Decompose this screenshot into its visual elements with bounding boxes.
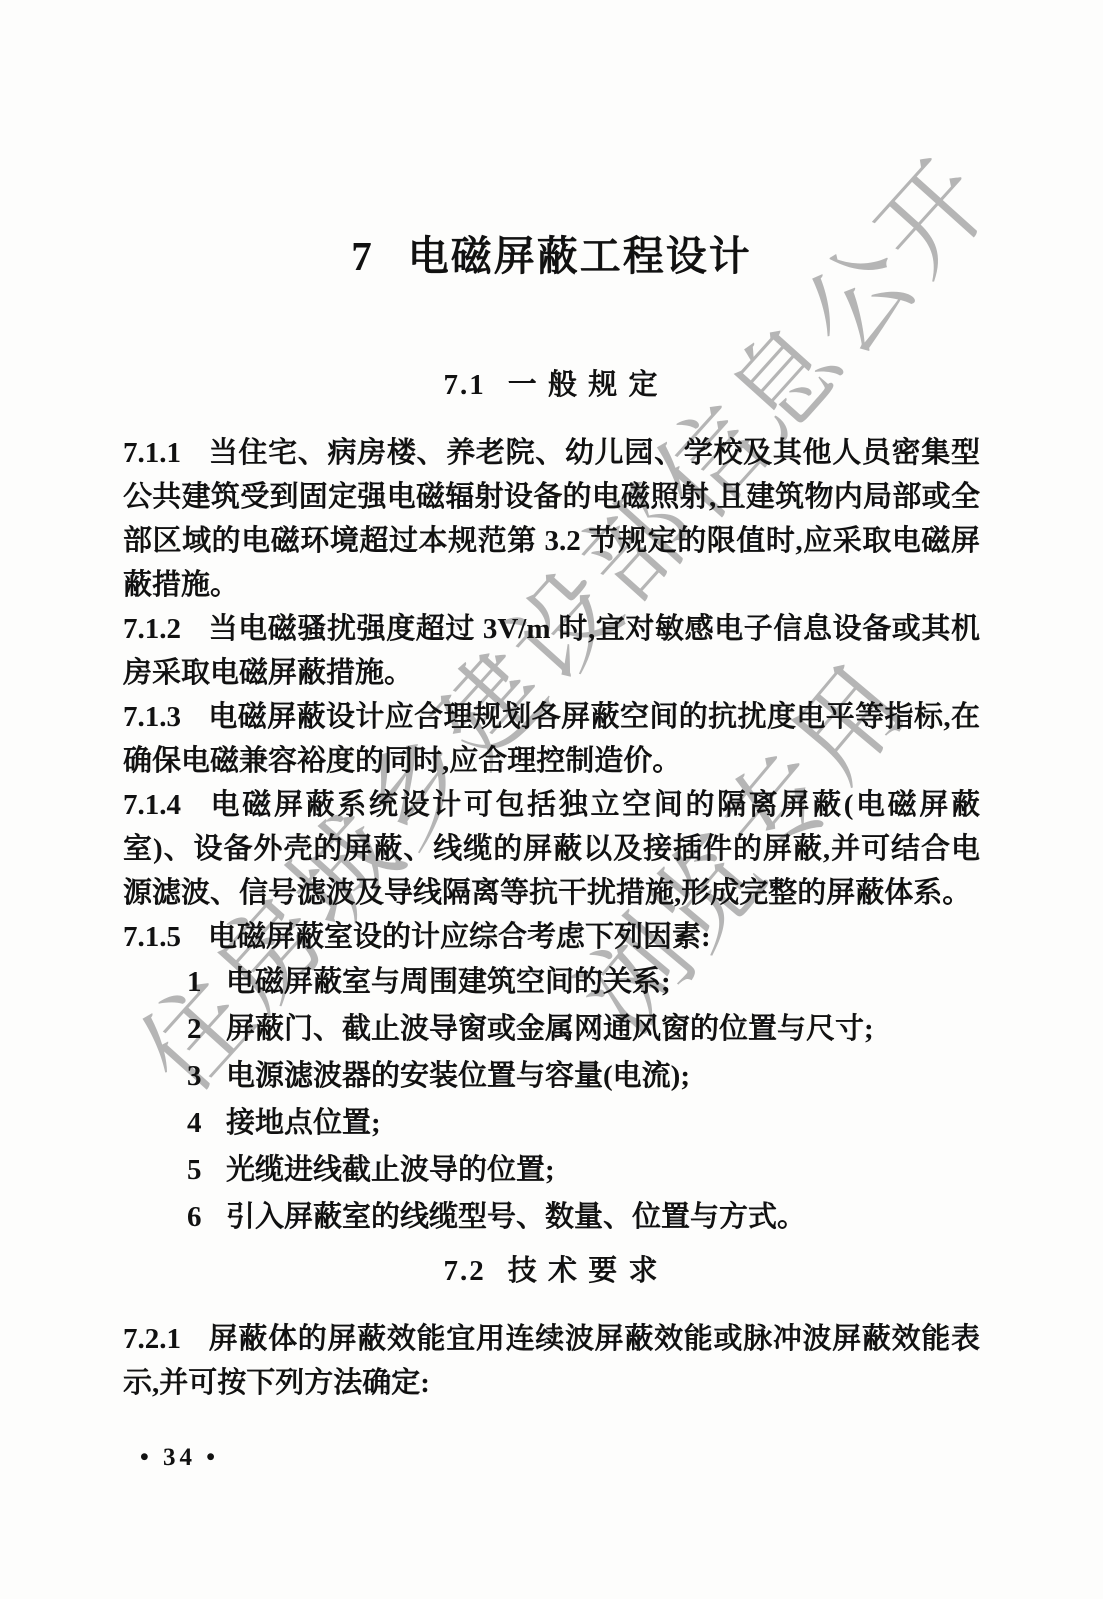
list-item-number: 2 [187,1006,226,1053]
clause-7-1-2: 7.1.2当电磁骚扰强度超过 3V/m 时,宜对敏感电子信息设备或其机房采取电磁… [123,607,980,695]
list-item-text: 屏蔽门、截止波导窗或金属网通风窗的位置与尺寸; [226,1013,874,1045]
chapter-number: 7 [351,233,374,279]
list-item-number: 5 [187,1147,226,1194]
clause-7-1-3: 7.1.3电磁屏蔽设计应合理规划各屏蔽空间的抗扰度电平等指标,在确保电磁兼容裕度… [123,695,980,783]
list-item-6: 6引入屏蔽室的线缆型号、数量、位置与方式。 [123,1194,980,1241]
chapter-heading: 7电磁屏蔽工程设计 [123,233,980,279]
clause-text: 当住宅、病房楼、养老院、幼儿园、学校及其他人员密集型公共建筑受到固定强电磁辐射设… [123,437,980,601]
list-item-4: 4接地点位置; [123,1100,980,1147]
clause-7-2-1: 7.2.1屏蔽体的屏蔽效能宜用连续波屏蔽效能或脉冲波屏蔽效能表示,并可按下列方法… [123,1317,980,1405]
list-item-text: 电源滤波器的安装位置与容量(电流); [226,1060,690,1092]
clause-text: 电磁屏蔽系统设计可包括独立空间的隔离屏蔽(电磁屏蔽室)、设备外壳的屏蔽、线缆的屏… [123,789,980,909]
document-page: 住房城乡建设部信息公开 浏览专用 7电磁屏蔽工程设计 7.1一 般 规 定 7.… [0,0,1103,1599]
list-item-3: 3电源滤波器的安装位置与容量(电流); [123,1053,980,1100]
page-number: • 34 • [140,1444,219,1472]
list-item-text: 电磁屏蔽室与周围建筑空间的关系; [226,966,671,998]
section-title: 一 般 规 定 [508,369,660,401]
list-item-number: 1 [187,959,226,1006]
section-title: 技 术 要 求 [508,1255,660,1287]
clause-7-1-1: 7.1.1当住宅、病房楼、养老院、幼儿园、学校及其他人员密集型公共建筑受到固定强… [123,431,980,607]
list-item-text: 光缆进线截止波导的位置; [226,1154,555,1186]
clause-7-1-5: 7.1.5电磁屏蔽室设的计应综合考虑下列因素: [123,915,980,959]
list-item-number: 4 [187,1100,226,1147]
page-content: 7电磁屏蔽工程设计 7.1一 般 规 定 7.1.1当住宅、病房楼、养老院、幼儿… [123,0,980,1405]
clause-text: 电磁屏蔽室设的计应综合考虑下列因素: [208,921,711,953]
list-item-text: 引入屏蔽室的线缆型号、数量、位置与方式。 [226,1201,806,1233]
list-item-number: 6 [187,1194,226,1241]
list-item-1: 1电磁屏蔽室与周围建筑空间的关系; [123,959,980,1006]
clause-number: 7.2.1 [123,1323,181,1355]
list-item-text: 接地点位置; [226,1107,381,1139]
clause-7-1-4: 7.1.4电磁屏蔽系统设计可包括独立空间的隔离屏蔽(电磁屏蔽室)、设备外壳的屏蔽… [123,783,980,915]
clause-7-1-5-list: 1电磁屏蔽室与周围建筑空间的关系; 2屏蔽门、截止波导窗或金属网通风窗的位置与尺… [123,959,980,1241]
clause-text: 当电磁骚扰强度超过 3V/m 时,宜对敏感电子信息设备或其机房采取电磁屏蔽措施。 [123,613,980,689]
clause-number: 7.1.3 [123,701,181,733]
list-item-2: 2屏蔽门、截止波导窗或金属网通风窗的位置与尺寸; [123,1006,980,1053]
list-item-number: 3 [187,1053,226,1100]
section-number: 7.2 [443,1255,485,1287]
list-item-5: 5光缆进线截止波导的位置; [123,1147,980,1194]
section-number: 7.1 [443,369,485,401]
clause-number: 7.1.4 [123,789,181,821]
section-heading-7-2: 7.2技 术 要 求 [123,1255,980,1287]
clause-text: 电磁屏蔽设计应合理规划各屏蔽空间的抗扰度电平等指标,在确保电磁兼容裕度的同时,应… [123,701,980,777]
section-heading-7-1: 7.1一 般 规 定 [123,369,980,401]
clause-text: 屏蔽体的屏蔽效能宜用连续波屏蔽效能或脉冲波屏蔽效能表示,并可按下列方法确定: [123,1323,980,1399]
chapter-title: 电磁屏蔽工程设计 [408,233,752,279]
clause-number: 7.1.5 [123,921,181,953]
clause-number: 7.1.2 [123,613,181,645]
clause-number: 7.1.1 [123,437,181,469]
